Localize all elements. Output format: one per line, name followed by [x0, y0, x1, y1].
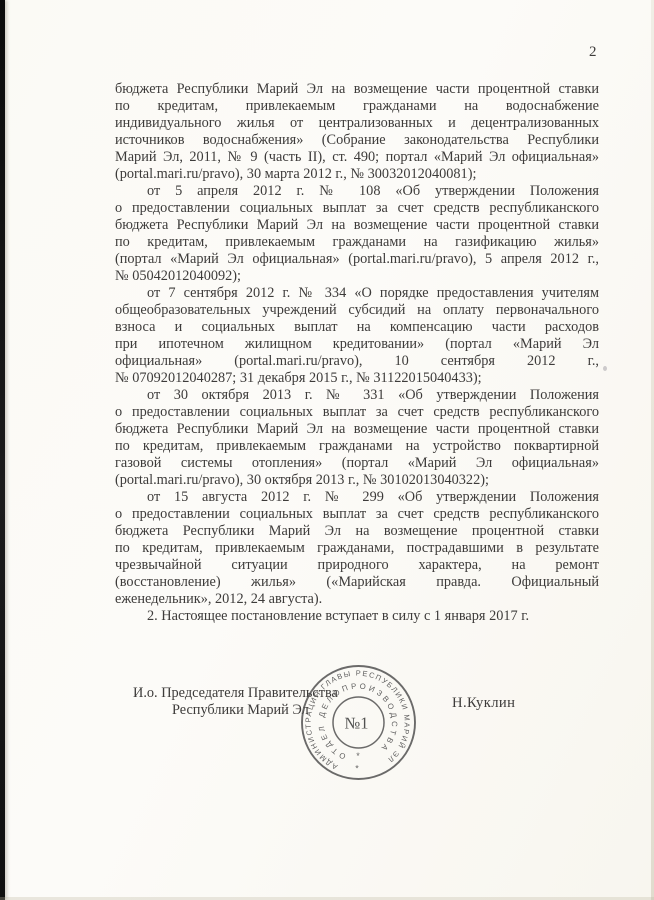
text-line: от 30 октября 2013 г. № 331 «Об утвержде… [115, 387, 599, 404]
text-line: еженедельник», 2012, 24 августа). [115, 591, 599, 608]
text-line: № 07092012040287; 31 декабря 2015 г., № … [115, 370, 599, 387]
text-line: о предоставлении социальных выплат за сч… [115, 506, 599, 523]
text-line: по кредитам, привлекаемым гражданами на … [115, 98, 599, 115]
text-line: общеобразовательных учреждений субсидий … [115, 302, 599, 319]
signatory-name: Н.Куклин [452, 695, 515, 712]
text-line: бюджета Республики Марий Эл на возмещени… [115, 81, 599, 98]
text-line: № 05042012040092); [115, 268, 599, 285]
text-line: от 7 сентября 2012 г. № 334 «О порядке п… [115, 285, 599, 302]
paragraph: от 30 октября 2013 г. № 331 «Об утвержде… [115, 387, 599, 489]
text-line: чрезвычайной ситуации природного характе… [115, 557, 599, 574]
text-line: бюджета Республики Марий Эл на возмещени… [115, 523, 599, 540]
text-line: бюджета Республики Марий Эл на возмещени… [115, 217, 599, 234]
stamp-asterisk: * [355, 764, 359, 774]
paragraph: 2. Настоящее постановление вступает в си… [115, 608, 599, 625]
text-line: от 5 апреля 2012 г. № 108 «Об утверждени… [115, 183, 599, 200]
signatory-title-line2: Республики Марий Эл [172, 702, 309, 719]
text-line: о предоставлении социальных выплат за сч… [115, 404, 599, 421]
text-line: индивидуального жилья от централизованны… [115, 115, 599, 132]
paragraph: от 5 апреля 2012 г. № 108 «Об утверждени… [115, 183, 599, 285]
text-line: по кредитам, привлекаемым гражданами, по… [115, 540, 599, 557]
scan-edge-left [0, 0, 5, 900]
paragraph: от 15 августа 2012 г. № 299 «Об утвержде… [115, 489, 599, 608]
text-line: источников водоснабжения» (Собрание зако… [115, 132, 599, 149]
stamp-asterisk: * [356, 751, 360, 761]
document-body: бюджета Республики Марий Эл на возмещени… [115, 81, 599, 625]
text-line: (portal.mari.ru/pravo), 30 октября 2013 … [115, 472, 599, 489]
text-line: от 15 августа 2012 г. № 299 «Об утвержде… [115, 489, 599, 506]
text-line: при ипотечном жилищном кредитовании» (по… [115, 336, 599, 353]
text-line: 2. Настоящее постановление вступает в си… [115, 608, 599, 625]
stamp-center-number: №1 [345, 714, 369, 733]
text-line: (восстановление) жилья» («Марийская прав… [115, 574, 599, 591]
text-line: (portal.mari.ru/pravo), 30 марта 2012 г.… [115, 166, 599, 183]
text-line: по кредитам, привлекаемым гражданами на … [115, 234, 599, 251]
text-line: взноса и социальных выплат на компенсаци… [115, 319, 599, 336]
text-line: по кредитам, привлекаемым гражданами на … [115, 438, 599, 455]
text-line: официальная» (portal.mari.ru/pravo), 10 … [115, 353, 599, 370]
scan-artifact [603, 366, 607, 371]
official-stamp: АДМИНИСТРАЦИЯ ГЛАВЫ РЕСПУБЛИКИ МАРИЙ ЭЛ … [299, 663, 418, 782]
text-line: газовой системы отопления» (портал «Мари… [115, 455, 599, 472]
text-line: (портал «Марий Эл официальная» (portal.m… [115, 251, 599, 268]
text-line: бюджета Республики Марий Эл на возмещени… [115, 421, 599, 438]
paragraph: бюджета Республики Марий Эл на возмещени… [115, 81, 599, 183]
paragraph: от 7 сентября 2012 г. № 334 «О порядке п… [115, 285, 599, 387]
text-line: Марий Эл, 2011, № 9 (часть II), ст. 490;… [115, 149, 599, 166]
page-number: 2 [589, 44, 597, 61]
text-line: о предоставлении социальных выплат за сч… [115, 200, 599, 217]
scanned-page: 2 бюджета Республики Марий Эл на возмеще… [0, 0, 654, 900]
